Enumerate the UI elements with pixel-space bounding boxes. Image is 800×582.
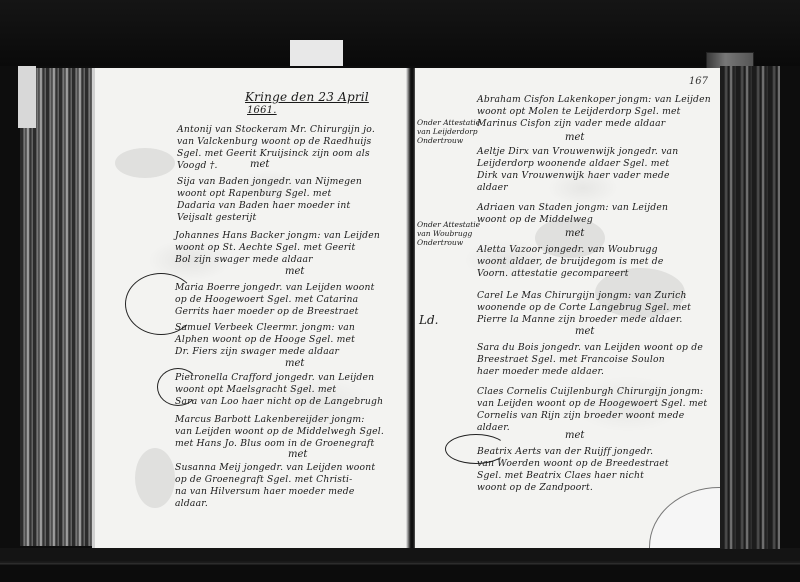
folio-number: 167 [689, 76, 708, 87]
entry-line: Bol zijn swager mede aldaar [175, 254, 313, 266]
entry-line: woont opt Rapenburg Sgel. met [177, 188, 331, 200]
entry-line: Sara van Loo haer nicht op de Langebrugh [175, 396, 383, 408]
entry-line: Maria Boerre jongedr. van Leijden woont [175, 282, 375, 294]
entry-line: woonende op de Corte Langebrug Sgel. met [477, 302, 691, 314]
margin-note: Ld. [419, 316, 438, 325]
entry-line: Aletta Vazoor jongedr. van Woubrugg [477, 244, 658, 256]
page-heading-date: Kringe den 23 April [245, 90, 369, 104]
entry-line: van Woerden woont op de Breedestraet [477, 458, 669, 470]
entry-line: Voogd †. [177, 160, 218, 172]
entry-line: Sgel. met Beatrix Claes haer nicht [477, 470, 644, 482]
entry-line: Voorn. attestatie gecompareert [477, 268, 629, 280]
folded-page-corner [649, 487, 720, 548]
entry-line: Dr. Fiers zijn swager mede aldaar [175, 346, 339, 358]
stain [115, 148, 175, 178]
met-separator: met [285, 266, 304, 277]
entry-line: Dirk van Vrouwenwijk haer vader mede [477, 170, 670, 182]
entry-line: Johannes Hans Backer jongm: van Leijden [175, 230, 380, 242]
entry-line: Adriaen van Staden jongm: van Leijden [477, 202, 668, 214]
met-separator: met [565, 228, 584, 239]
entry-line: woont aldaer, de bruijdegom is met de [477, 256, 664, 268]
entry-line: haer moeder mede aldaer. [477, 366, 604, 378]
margin-note: Onder Attestatie van Woubrugg Ondertrouw [417, 220, 480, 247]
entry-line: op de Groenegraft Sgel. met Christi- [175, 474, 352, 486]
entry-line: met Hans Jo. Blus oom in de Groenegraft [175, 438, 374, 450]
book-edge-paper-strip [18, 66, 36, 128]
entry-line: Cornelis van Rijn zijn broeder woont med… [477, 410, 684, 422]
entry-line: van Leijden woont op de Hoogewoert Sgel.… [477, 398, 707, 410]
entry-line: aldaar. [175, 498, 208, 510]
entry-line: Sara du Bois jongedr. van Leijden woont … [477, 342, 703, 354]
book-edge-right [720, 66, 780, 549]
entry-line: Antonij van Stockeram Mr. Chirurgijn jo. [177, 124, 375, 136]
met-separator: met [565, 132, 584, 143]
entry-line: Leijderdorp woonende aldaer Sgel. met [477, 158, 669, 170]
entry-line: Claes Cornelis Cuijlenburgh Chirurgijn j… [477, 386, 703, 398]
entry-line: Pietronella Crafford jongedr. van Leijde… [175, 372, 374, 384]
stain [135, 448, 175, 508]
entry-line: Breestraet Sgel. met Francoise Soulon [477, 354, 665, 366]
entry-line: Aeltje Dirx van Vrouwenwijk jongedr. van [477, 146, 678, 158]
entry-line: Dadaria van Baden haer moeder int [177, 200, 350, 212]
entry-line: Samuel Verbeek Cleermr. jongm: van [175, 322, 355, 334]
met-separator: met [288, 449, 307, 460]
entry-line: Abraham Cisfon Lakenkoper jongm: van Lei… [477, 94, 711, 106]
entry-line: Veijsalt gesterijt [177, 212, 256, 224]
right-page: 167 Onder Attestatie van Leijderdorp Ond… [415, 68, 720, 548]
book-edge-left [20, 68, 97, 546]
entry-line: woont op de Zandpoort. [477, 482, 593, 494]
entry-line: na van Hilversum haer moeder mede [175, 486, 355, 498]
page-heading-year: 1661. [247, 104, 277, 118]
entry-line: Sgel. met Geerit Kruijsinck zijn oom als [177, 148, 370, 160]
entry-line: aldaer. [477, 422, 510, 434]
entry-line: van Valckenburg woont op de Raedhuijs [177, 136, 371, 148]
scan-background: Kringe den 23 April 1661. Antonij van St… [0, 0, 800, 582]
entry-line: aldaer [477, 182, 508, 194]
met-separator: met [250, 159, 269, 170]
entry-line: Gerrits haer moeder op de Breestraet [175, 306, 358, 318]
scanner-clip-left [290, 40, 343, 66]
entry-line: Marcus Barbott Lakenbereijder jongm: [175, 414, 365, 426]
entry-line: woont op St. Aechte Sgel. met Geerit [175, 242, 355, 254]
entry-line: Marinus Cisfon zijn vader mede aldaar [477, 118, 665, 130]
entry-line: van Leijden woont op de Middelwegh Sgel. [175, 426, 384, 438]
entry-line: woont opt Maelsgracht Sgel. met [175, 384, 336, 396]
entry-line: op de Hoogewoert Sgel. met Catarina [175, 294, 358, 306]
met-separator: met [565, 430, 584, 441]
met-separator: met [575, 326, 594, 337]
entry-line: Sija van Baden jongedr. van Nijmegen [177, 176, 362, 188]
entry-line: woont op de Middelweg [477, 214, 593, 226]
met-separator: met [285, 358, 304, 369]
entry-line: woont opt Molen te Leijderdorp Sgel. met [477, 106, 681, 118]
margin-note: Onder Attestatie van Leijderdorp Ondertr… [417, 118, 480, 145]
entry-line: Pierre la Manne zijn broeder mede aldaer… [477, 314, 683, 326]
entry-line: Susanna Meij jongedr. van Leijden woont [175, 462, 375, 474]
entry-line: Alphen woont op de Hooge Sgel. met [175, 334, 355, 346]
register-book: Kringe den 23 April 1661. Antonij van St… [20, 66, 780, 549]
entry-line: Beatrix Aerts van der Ruijff jongedr. [477, 446, 653, 458]
scanner-top-band [0, 0, 800, 66]
entry-line: Carel Le Mas Chirurgijn jongm: van Zuric… [477, 290, 687, 302]
left-page: Kringe den 23 April 1661. Antonij van St… [92, 68, 412, 548]
scanner-bottom-band [0, 548, 800, 582]
